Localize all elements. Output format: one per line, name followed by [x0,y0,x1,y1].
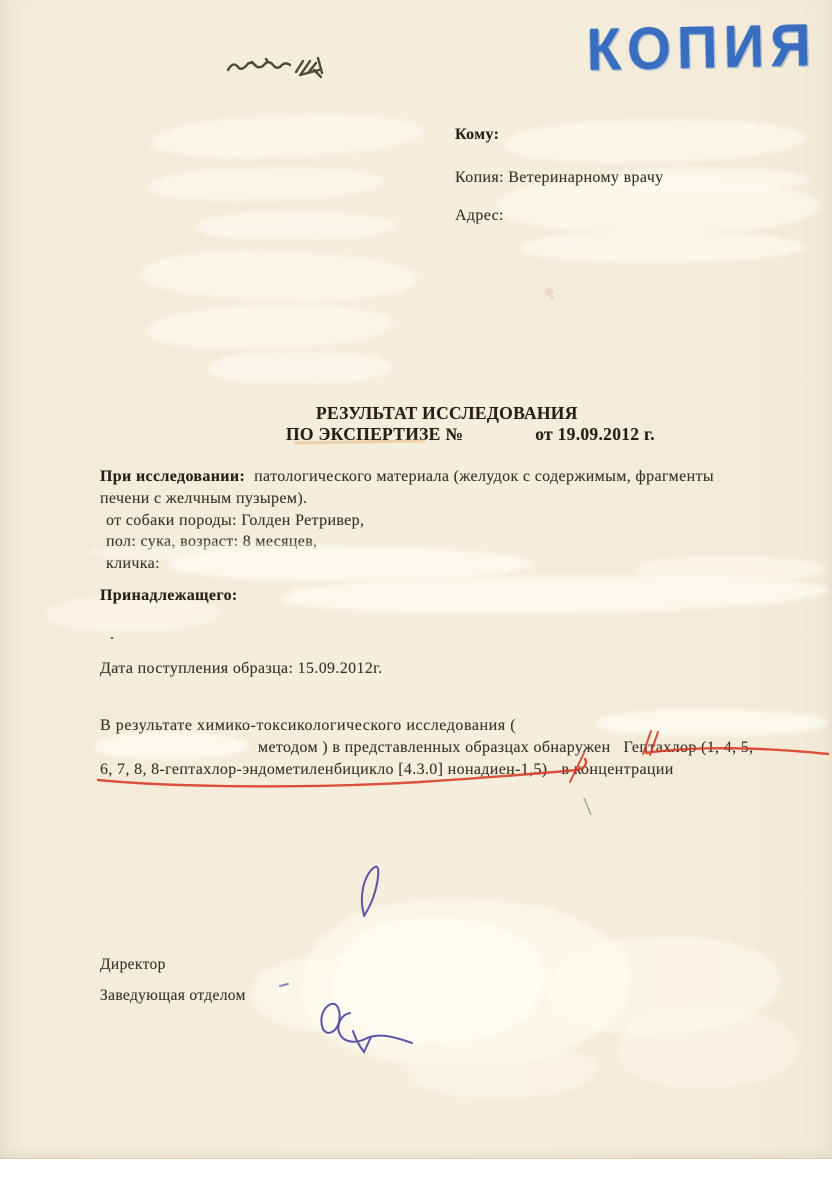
exam-lead-label: При исследовании: [100,468,245,486]
paper-sheet: КОПИЯ Кому: Копия: Ветеринарному врачу А… [0,0,832,1159]
exam-line-1-rest: патологического материала (желудок с сод… [254,468,714,486]
result-line-1: В результате химико-токсикологического и… [100,717,516,735]
signature-director-label: Директор [100,956,166,974]
stray-mark [584,798,591,815]
result-line-3-rest: в концентрации [561,761,673,779]
report-title-line2: ПО ЭКСПЕРТИЗЕ №от 19.09.2012 г. [286,424,655,445]
exam-line-1: При исследовании:патологического материа… [100,468,714,486]
whiteout-patch [636,556,826,582]
whiteout-patch [505,117,806,164]
sample-date-line: Дата поступления образца: 15.09.2012г. [100,660,383,678]
whiteout-patch [196,212,396,240]
whiteout-patch [596,710,828,736]
recipient-address-label: Адрес: [455,207,504,225]
owner-label: Принадлежащего: [100,587,238,605]
exam-line-3: от собаки породы: Голден Ретривер, [106,512,364,530]
handwriting-scribble [228,58,322,77]
signature-head-label: Заведующая отделом [100,987,246,1005]
whiteout-patch [148,166,384,202]
result-line-2: методом ) в представленных образцах обна… [258,739,754,757]
whiteout-patch [94,733,250,759]
whiteout-patch [208,352,393,384]
report-title-date: от 19.09.2012 г. [535,424,655,445]
whiteout-patch [88,544,438,561]
whiteout-patch [141,248,417,303]
report-title-expertise-label: ПО ЭКСПЕРТИЗЕ № [286,424,463,445]
whiteout-patch [151,111,424,160]
result-line-2-plain: методом ) в представленных образцах обна… [258,739,611,757]
recipient-copy-line: Копия: Ветеринарному врачу [455,169,663,187]
pink-speck [545,288,555,301]
exam-line-2: печени с желчным пузырем). [100,490,307,508]
result-line-3-highlight: 6, 7, 8, 8-гептахлор-эндометиленбицикло … [100,761,547,779]
whiteout-patch [408,1040,598,1098]
recipient-to-label: Кому: [455,126,499,144]
result-heptachlor-highlight: Гептахлор (1, 4, 5, [624,739,754,757]
whiteout-patch [618,1008,798,1088]
owner-dot: . [110,626,114,644]
copy-stamp: КОПИЯ [586,11,818,84]
result-line-3: 6, 7, 8, 8-гептахлор-эндометиленбицикло … [100,761,674,779]
scanned-document: КОПИЯ Кому: Копия: Ветеринарному врачу А… [0,0,832,1184]
whiteout-patch [147,303,393,351]
report-title-line1: РЕЗУЛЬТАТ ИССЛЕДОВАНИЯ [316,403,578,424]
whiteout-patch [520,232,805,262]
